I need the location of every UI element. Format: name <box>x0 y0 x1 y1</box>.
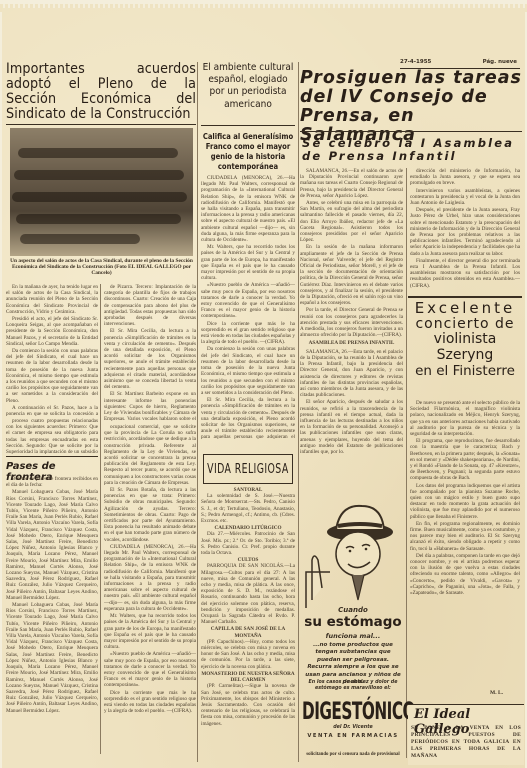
article-middle-body: CIUDADELA (MENORCA), 26.—Ha llegado Mr. … <box>201 175 295 440</box>
ad-small-heading: Cuando <box>302 606 404 614</box>
concierto-body: De nuevo se presentó ante el selecto púb… <box>410 400 520 688</box>
digestonico-ad: Cuando su estómago funciona mal... ...no… <box>302 500 404 750</box>
ad-maker: del Dr. Vicente <box>302 725 404 730</box>
paragraph: «Nuestro pueblo de América —añadió— sabe… <box>104 651 196 688</box>
paragraph: proceso cuatro propuestas relacionadas c… <box>6 418 98 454</box>
headline-line: Szeryng <box>408 348 522 364</box>
divider <box>408 296 522 298</box>
paragraph: En la mañana de ayer, ha tenido lugar en… <box>6 284 98 315</box>
paragraph: Intervinieron varios asambleístas, a qui… <box>410 188 520 207</box>
concierto-headline: Excelente concierto de violinista Szeryn… <box>408 300 522 379</box>
paragraph: Da comienzo la sesión con unas palabras … <box>6 348 98 404</box>
vida-religiosa-body: SANTORAL La solemnidad de S. José.—Nuest… <box>201 487 295 762</box>
headline-line: violinista <box>408 332 522 348</box>
paragraph: Día 27.—Miércoles. Patrocinio de San Jos… <box>201 531 295 556</box>
ad-subheading: funciona mal... <box>302 632 404 640</box>
paragraph: Por la tarde, el Director General de Pre… <box>300 307 403 338</box>
paragraph: PARROQUIA DE SAN NICOLÁS.—La Milagrosa.—… <box>201 563 295 625</box>
paragraph: Mr. Walters, que ha recorrido todos los … <box>104 613 196 650</box>
paragraph: (PP. Carmelitas).—Sigue la novena de San… <box>201 683 295 726</box>
names-list: Manuel Lobaguera Cobas, José María Ríos … <box>6 489 98 601</box>
paragraph: Dice la corriente que más le ha sorprend… <box>104 690 196 715</box>
paragraph: de Pizarra. Tercero: Implantación de la … <box>104 284 196 327</box>
article-left-col1: En la mañana de ayer, ha tenido lugar en… <box>6 284 98 416</box>
paragraph: Antes, se celebró una misa en la parroqu… <box>300 200 403 243</box>
page-number: Pág. nueve <box>483 59 517 65</box>
divider <box>6 124 196 125</box>
paragraph: Presidió el acto, el jefe del Sindicato … <box>6 316 98 347</box>
ad-sales: VENTA EN FARMACIAS <box>302 733 404 739</box>
footer-strip: solicitando por si censura nada de provi… <box>300 752 406 758</box>
paragraph: Boletos de pases de frontera recibidos e… <box>6 476 98 488</box>
subhead-right: Se celebró la I Asamblea de Prensa Infan… <box>302 137 520 163</box>
paragraph: «Nuestro pueblo de América —añadió— sabe… <box>201 282 295 319</box>
paragraph: Da comienzo la sesión con unas palabras … <box>201 346 295 396</box>
section-heading: CAPILLA DE SAN JOSÉ DE LA MONTAÑA <box>201 626 295 638</box>
paragraph: El Sr. Pazos Botaña, da lectura a las po… <box>104 487 196 543</box>
article-right-col2: dirección del ministerio de Información,… <box>410 168 520 294</box>
paragraph: A continuación el Sr. Pazos, hace a la p… <box>6 405 98 416</box>
paragraph: En la sesión de la mañana informaron amp… <box>300 244 403 306</box>
paragraph: Los datos del programa indiquemos que el… <box>410 483 520 520</box>
ad-remedy-line: En los casos de acidez y dolor de estóma… <box>304 680 402 693</box>
ad-big-heading: su estómago <box>302 614 404 630</box>
ad-brand: DIGESTÓNICO <box>302 698 404 726</box>
column-rule <box>406 168 407 758</box>
paragraph: CIUDADELA (MENORCA), 26.—Ha llegado Mr. … <box>201 175 295 243</box>
column-rule <box>100 284 101 754</box>
column-rule <box>197 62 198 762</box>
paragraph: dirección del ministerio de Información,… <box>410 168 520 187</box>
paragraph: ocupacional comercial, que se solicite q… <box>104 424 196 486</box>
paragraph: CIUDADELA (MENORCA), 26.—Ha llegado Mr. … <box>104 544 196 612</box>
vida-religiosa-title: VIDA RELIGIOSA <box>207 462 288 477</box>
concierto-signature: M. L. <box>490 690 503 696</box>
article-right-col1: SALAMANCA, 26.—En el salón de actos de l… <box>300 168 403 488</box>
headline-right: Prosiguen las tareas del IV Consejo de P… <box>300 69 522 145</box>
vida-religiosa-box: VIDA RELIGIOSA <box>203 454 293 484</box>
pases-frontera-body: Boletos de pases de frontera recibidos e… <box>6 476 98 762</box>
paragraph: Finalmente, el director general dio por … <box>410 258 520 289</box>
paragraph: En fin, el programa regionalmente, es do… <box>410 521 520 552</box>
headline-middle: El ambiente cultural español, elogiado p… <box>200 62 296 111</box>
paragraph: SALAMANCA, 26.—En el salón de actos de l… <box>300 168 403 199</box>
photo-caption: Un aspecto del salón de actos de la Casa… <box>8 258 195 277</box>
paragraph: Mr. Walters, que ha recorrido todos los … <box>201 244 295 281</box>
subhead-middle: Califica al Generalísimo Franco como el … <box>201 132 295 172</box>
headline-line: Excelente <box>408 300 522 317</box>
paragraph: SALAMANCA, 26.—Esta tarde, en el palacio… <box>300 349 403 399</box>
headline-left: Importantes acuerdos adoptó el Pleno de … <box>6 62 196 122</box>
paragraph: (PP. Capuchinos).—Hoy, como todos los mi… <box>201 639 295 670</box>
headline-line: concierto de <box>408 317 522 333</box>
paragraph: El programa, que reproducimos, fue desar… <box>410 438 520 481</box>
paragraph: Después, el presidente de la Junta aseso… <box>410 207 520 257</box>
column-rule <box>298 62 299 762</box>
man-with-hat-illustration <box>302 500 404 612</box>
divider <box>201 125 295 126</box>
ideal-gallego-ad: El Ideal Gallego SE PONE A LA VENTA EN L… <box>408 704 524 765</box>
paragraph: De nuevo se presentó ante el selecto púb… <box>410 400 520 437</box>
paragraph: Dice la corriente que más le ha sorprend… <box>201 321 295 346</box>
paragraph: El Sr. Mira Cecilia, da lectura a la pon… <box>104 328 196 390</box>
section-heading: MONASTERIO DE NUESTRA SEÑORA DEL CARMEN <box>201 671 295 683</box>
paragraph: El Sr. Mira Cecilia, da lectura a la pon… <box>201 397 295 440</box>
article-left-lower-col1: proceso cuatro propuestas relacionadas c… <box>6 418 98 454</box>
asamblea-heading: ASAMBLEA DE PRENSA INFANTIL <box>300 340 403 346</box>
paragraph: El Sr. Martínez Barbeito expone en un in… <box>104 391 196 422</box>
names-list: Manuel Lobaguera Cobas, José María Ríos … <box>6 602 98 714</box>
divider <box>6 456 98 457</box>
article-left-lower-col2: ocupacional comercial, que se solicite q… <box>104 424 196 760</box>
paragraph: Del día a palabras, componen la tarde en… <box>410 553 520 596</box>
divider <box>300 131 522 132</box>
ideal-gallego-text: SE PONE A LA VENTA EN LOS PRINCIPALES PU… <box>411 725 521 760</box>
paragraph: La solemnidad de S. José.—Nuestra Señora… <box>201 493 295 524</box>
article-left-col2: de Pizarra. Tercero: Implantación de la … <box>104 284 196 422</box>
paragraph: El señor Aparicio, después de saludar a … <box>300 399 403 455</box>
page-date: 27-4-1955 <box>400 59 431 65</box>
meeting-photo <box>10 128 193 256</box>
headline-line: en el Finisterre <box>408 364 522 379</box>
